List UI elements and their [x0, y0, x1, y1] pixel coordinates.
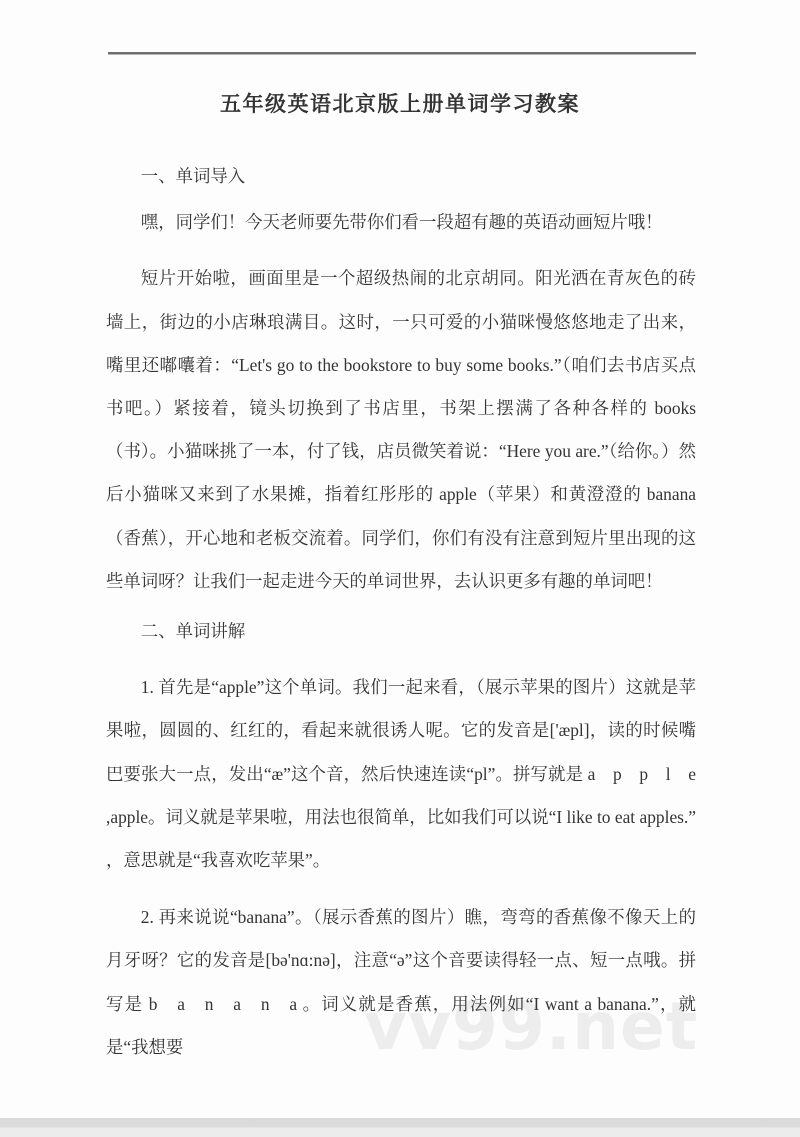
- paragraph-word-banana: 2. 再来说说“banana”。（展示香蕉的图片）瞧，弯弯的香蕉像不像天上的月牙…: [106, 896, 696, 1069]
- section-heading-word-explain: 二、单词讲解: [106, 610, 696, 653]
- section-heading-word-intro: 一、单词导入: [106, 155, 696, 198]
- paragraph-intro-greeting: 嘿，同学们！今天老师要先带你们看一段超有趣的英语动画短片哦！: [106, 201, 696, 244]
- document-body: 一、单词导入 嘿，同学们！今天老师要先带你们看一段超有趣的英语动画短片哦！ 短片…: [106, 155, 696, 1069]
- paragraph-intro-story: 短片开始啦，画面里是一个超级热闹的北京胡同。阳光洒在青灰色的砖墙上，街边的小店琳…: [106, 257, 696, 603]
- page-bottom-gap: [0, 1118, 800, 1137]
- paragraph-word-apple: 1. 首先是“apple”这个单词。我们一起来看，（展示苹果的图片）这就是苹果啦…: [106, 666, 696, 882]
- document-title: 五年级英语北京版上册单词学习教案: [0, 88, 800, 118]
- header-rule: [108, 52, 696, 55]
- document-page: 五年级英语北京版上册单词学习教案 一、单词导入 嘿，同学们！今天老师要先带你们看…: [0, 0, 800, 1137]
